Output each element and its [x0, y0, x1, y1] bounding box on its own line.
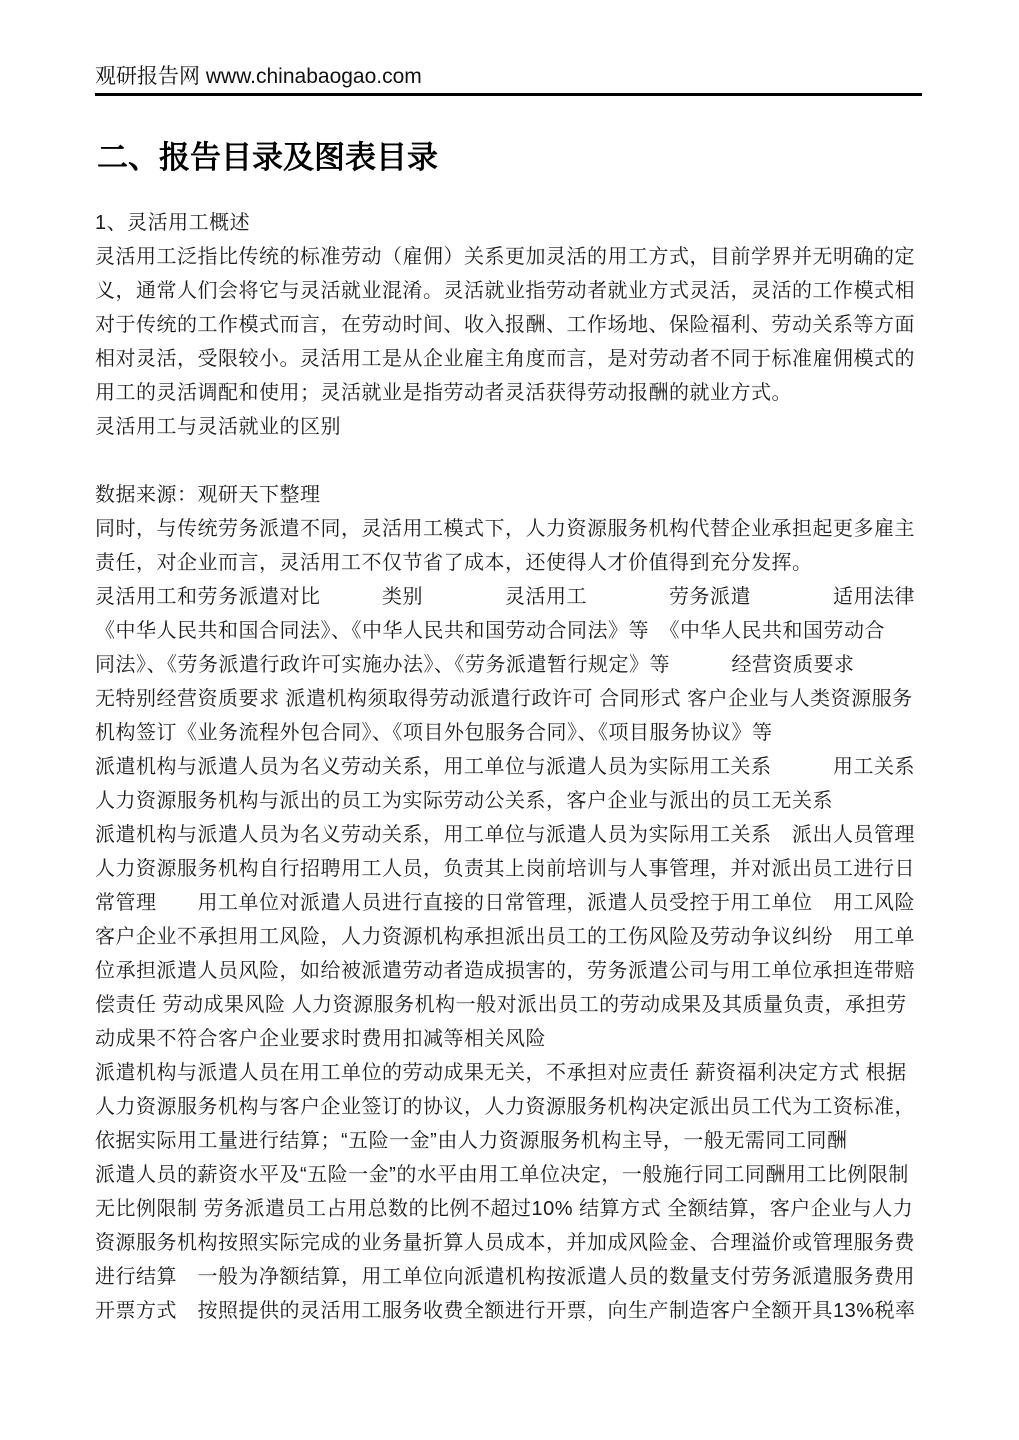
- text-line: 数据来源：观研天下整理: [95, 478, 935, 512]
- text-line: 用工的灵活调配和使用；灵活就业是指劳动者灵活获得劳动报酬的就业方式。: [95, 376, 935, 410]
- text-line: 责任，对企业而言，灵活用工不仅节省了成本，还使得人才价值得到充分发挥。: [95, 546, 935, 580]
- text-line: 同时，与传统劳务派遣不同，灵活用工模式下，人力资源服务机构代替企业承担起更多雇主: [95, 512, 935, 546]
- text-line: 依据实际用工量进行结算；“五险一金”由人力资源服务机构主导，一般无需同工同酬: [95, 1124, 935, 1158]
- document-body: 1、灵活用工概述灵活用工泛指比传统的标准劳动（雇佣）关系更加灵活的用工方式，目前…: [95, 206, 935, 1328]
- text-line: 客户企业不承担用工风险，人力资源机构承担派出员工的工伤风险及劳动争议纠纷 用工单: [95, 920, 935, 954]
- text-line: 偿责任 劳动成果风险 人力资源服务机构一般对派出员工的劳动成果及其质量负责，承担…: [95, 988, 935, 1022]
- text-line: 派遣机构与派遣人员在用工单位的劳动成果无关，不承担对应责任 薪资福利决定方式 根…: [95, 1056, 935, 1090]
- text-line: 人力资源服务机构与客户企业签订的协议，人力资源服务机构决定派出员工代为工资标准，: [95, 1090, 935, 1124]
- text-line: 义，通常人们会将它与灵活就业混淆。灵活就业指劳动者就业方式灵活，灵活的工作模式相: [95, 274, 935, 308]
- blank-line: [95, 444, 935, 478]
- text-line: 《中华人民共和国合同法》、《中华人民共和国劳动合同法》等 《中华人民共和国劳动合: [95, 614, 935, 648]
- text-line: 进行结算 一般为净额结算，用工单位向派遣机构按派遣人员的数量支付劳务派遣服务费用: [95, 1260, 935, 1294]
- text-line: 常管理 用工单位对派遣人员进行直接的日常管理，派遣人员受控于用工单位 用工风险: [95, 886, 935, 920]
- text-line: 派遣机构与派遣人员为名义劳动关系，用工单位与派遣人员为实际用工关系 派出人员管理: [95, 818, 935, 852]
- text-line: 无比例限制 劳务派遣员工占用总数的比例不超过10% 结算方式 全额结算，客户企业…: [95, 1192, 935, 1226]
- text-line: 同法》、《劳务派遣行政许可实施办法》、《劳务派遣暂行规定》等 经营资质要求: [95, 648, 935, 682]
- text-line: 派遣机构与派遣人员为名义劳动关系，用工单位与派遣人员为实际用工关系 用工关系: [95, 750, 935, 784]
- text-line: 无特别经营资质要求 派遣机构须取得劳动派遣行政许可 合同形式 客户企业与人类资源…: [95, 682, 935, 716]
- text-line: 相对灵活，受限较小。灵活用工是从企业雇主角度而言，是对劳动者不同于标准雇佣模式的: [95, 342, 935, 376]
- text-line: 动成果不符合客户企业要求时费用扣减等相关风险: [95, 1022, 935, 1056]
- text-line: 灵活用工与灵活就业的区别: [95, 410, 935, 444]
- text-line: 位承担派遣人员风险，如给被派遣劳动者造成损害的，劳务派遣公司与用工单位承担连带赔: [95, 954, 935, 988]
- text-line: 开票方式 按照提供的灵活用工服务收费全额进行开票，向生产制造客户全额开具13%税…: [95, 1294, 935, 1328]
- text-line: 资源服务机构按照实际完成的业务量折算人员成本，并加成风险金、合理溢价或管理服务费: [95, 1226, 935, 1260]
- site-header: 观研报告网 www.chinabaogao.com: [95, 64, 925, 90]
- text-line: 灵活用工泛指比传统的标准劳动（雇佣）关系更加灵活的用工方式，目前学界并无明确的定: [95, 240, 935, 274]
- header-divider: [95, 93, 922, 96]
- section-title: 二、报告目录及图表目录: [97, 138, 438, 178]
- text-line: 机构签订《业务流程外包合同》、《项目外包服务合同》、《项目服务协议》等: [95, 716, 935, 750]
- text-line: 对于传统的工作模式而言，在劳动时间、收入报酬、工作场地、保险福利、劳动关系等方面: [95, 308, 935, 342]
- document-page: 观研报告网 www.chinabaogao.com 二、报告目录及图表目录 1、…: [0, 0, 1019, 1440]
- text-line: 派遣人员的薪资水平及“五险一金”的水平由用工单位决定，一般施行同工同酬用工比例限…: [95, 1158, 935, 1192]
- text-line: 灵活用工和劳务派遣对比 类别 灵活用工 劳务派遣 适用法律: [95, 580, 935, 614]
- text-line: 人力资源服务机构与派出的员工为实际劳动公关系，客户企业与派出的员工无关系: [95, 784, 935, 818]
- text-line: 人力资源服务机构自行招聘用工人员，负责其上岗前培训与人事管理，并对派出员工进行日: [95, 852, 935, 886]
- text-line: 1、灵活用工概述: [95, 206, 935, 240]
